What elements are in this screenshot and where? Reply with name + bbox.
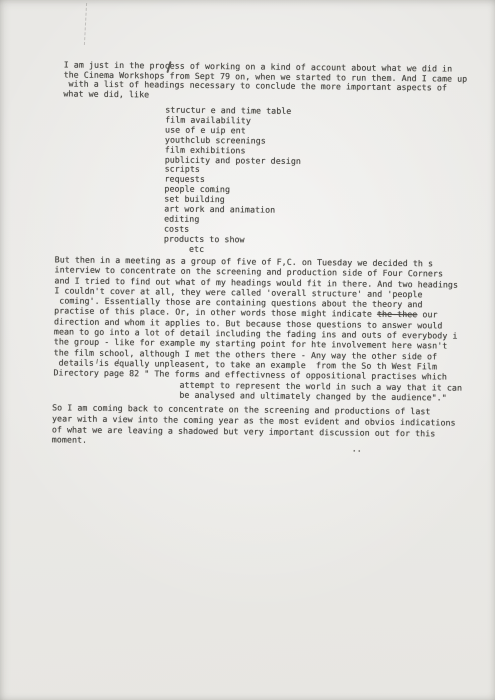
scanned-page: I am just in the process of working on a… [0, 0, 495, 700]
stray-dots: .. [352, 444, 362, 454]
paragraph-meeting: But then in a meeting as a group of five… [53, 254, 463, 402]
paragraph-conclusion: So I am coming back to concentrate on th… [52, 402, 456, 449]
paragraph-meeting-text-continued: our direction and whom it applies to. Bu… [53, 310, 462, 403]
headings-list: structur e and time table film availabil… [164, 106, 302, 256]
struck-word: the-thee [377, 309, 417, 319]
paragraph-intro: I am just in the process of working on a… [63, 60, 467, 103]
typed-text-block: I am just in the process of working on a… [0, 0, 495, 700]
